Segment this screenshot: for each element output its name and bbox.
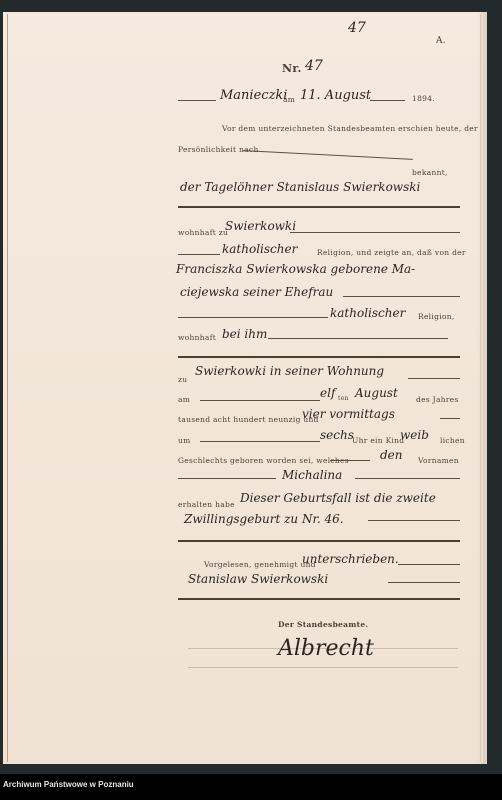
religion-value-2: katholischer	[330, 306, 405, 320]
date: 11. August	[300, 88, 371, 103]
approval-text: Vorgelesen, genehmigt und	[204, 560, 316, 569]
rule	[330, 460, 370, 461]
approval-value: unterschrieben.	[302, 552, 399, 566]
sex-value: weib	[400, 428, 429, 442]
year-value: vier vormittags	[302, 407, 395, 421]
month: August	[355, 386, 398, 400]
rule	[200, 441, 320, 442]
received-label: erhalten habe	[178, 500, 235, 509]
remark-1: Dieser Geburtsfall ist die zweite	[240, 491, 436, 505]
name-label: Vornamen	[418, 456, 459, 465]
identity-suffix: bekannt,	[412, 168, 448, 177]
rule	[370, 100, 405, 101]
rule	[398, 564, 460, 565]
mother-residence-label: wohnhaft	[178, 333, 216, 342]
rule	[178, 478, 276, 479]
informant-signature: Stanislaw Swierkowski	[188, 572, 328, 586]
place: Manieczki	[220, 88, 287, 103]
rule	[200, 400, 320, 401]
sex-suffix: lichen	[440, 436, 465, 445]
archive-footer: Archiwum Państwowe w Poznaniu	[0, 774, 502, 800]
residence-label: wohnhaft zu	[178, 228, 228, 237]
time-value: sechs	[320, 428, 354, 442]
month-label: ten	[338, 395, 349, 402]
registrar-signature: Albrecht	[278, 636, 374, 661]
intro-text: Vor dem unterzeichneten Standesbeamten e…	[222, 124, 478, 133]
rule	[408, 378, 460, 379]
record-number-label: Nr.	[282, 62, 302, 75]
rule	[290, 232, 460, 233]
mother-line-1: Franciszka Swierkowska geborene Ma-	[176, 262, 415, 276]
rule	[343, 296, 460, 297]
name-prefix: den	[380, 448, 403, 462]
year-text: tausend acht hundert neunzig und	[178, 415, 319, 424]
year-label: des Jahres	[416, 395, 459, 404]
day-label: am	[178, 395, 190, 404]
rule	[178, 598, 460, 600]
year: 1894.	[412, 94, 435, 103]
page-right-edge	[480, 14, 483, 762]
religion-text-1: Religion, und zeigte an, daß von der	[317, 248, 466, 257]
birth-place-label: zu	[178, 375, 187, 384]
rule	[355, 478, 460, 479]
record-number: 47	[305, 58, 323, 74]
rule	[178, 206, 460, 208]
day: elf	[320, 386, 335, 400]
religion-label-2: Religion,	[418, 312, 455, 321]
birth-place: Swierkowki in seiner Wohnung	[195, 364, 384, 378]
religion-value-1: katholischer	[222, 242, 297, 256]
rule	[388, 582, 460, 583]
mother-line-2: ciejewska seiner Ehefrau	[180, 285, 333, 299]
rule	[440, 418, 460, 419]
informant: der Tagelöhner Stanislaus Swierkowski	[180, 180, 420, 194]
rule	[188, 667, 458, 668]
date-word: am	[283, 95, 295, 104]
rule	[178, 356, 460, 358]
page-number: 47	[348, 20, 366, 36]
archive-name: Archiwum Państwowe w Poznaniu	[3, 780, 134, 789]
time-label: um	[178, 436, 191, 445]
rule	[268, 338, 448, 339]
remark-2: Zwillingsgeburt zu Nr. 46.	[184, 512, 344, 526]
rule	[178, 317, 328, 318]
mother-residence: bei ihm	[222, 327, 267, 341]
form-letter: A.	[436, 36, 446, 46]
page-binding-edge	[7, 14, 8, 762]
rule	[178, 540, 460, 542]
registrar-label: Der Standesbeamte.	[278, 620, 368, 629]
child-name: Michalina	[282, 468, 342, 482]
rule	[178, 100, 216, 101]
gender-text: Geschlechts geboren worden sei, welches	[178, 456, 349, 465]
rule	[178, 254, 220, 255]
time-text: Uhr ein Kind	[352, 436, 404, 445]
residence: Swierkowki	[225, 219, 296, 233]
rule	[368, 520, 460, 521]
